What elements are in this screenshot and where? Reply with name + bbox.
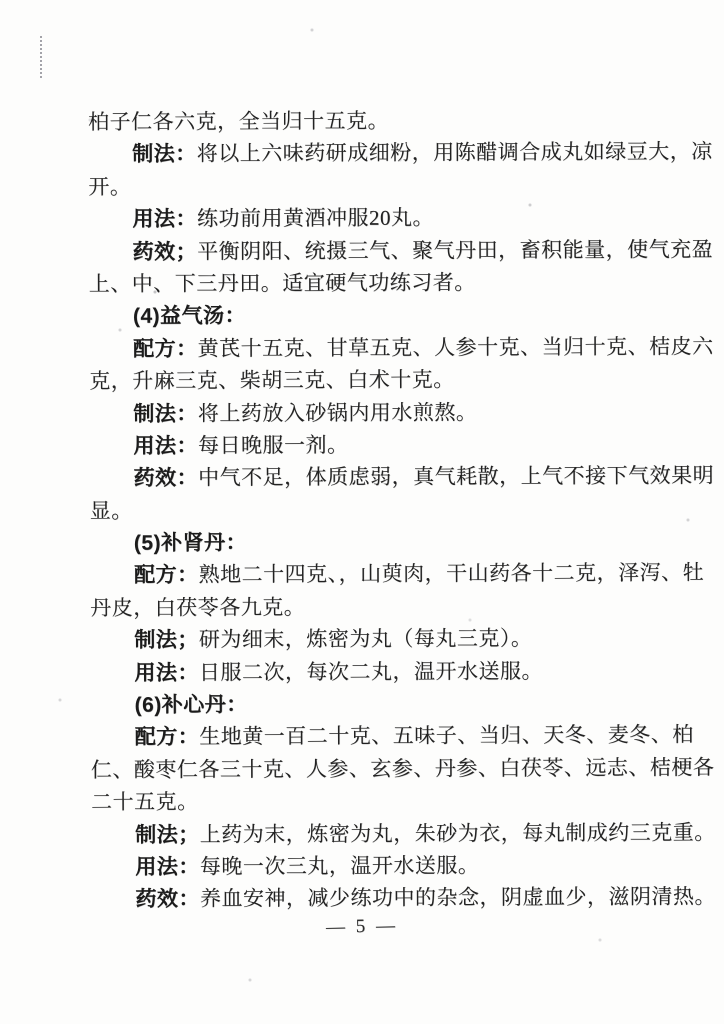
line-text: 研为细末，炼密为丸（每丸三克）。 [199, 626, 533, 651]
line-text: 生地黄一百二十克、五味子、当归、天冬、麦冬、柏 [199, 723, 694, 749]
line-text: 每晚一次三丸，温开水送服。 [200, 853, 480, 878]
text-line: 制法；上药为末，炼密为丸，朱砂为衣，每丸制成约三克重。 [91, 816, 659, 851]
field-label: 配方： [135, 726, 200, 749]
text-line: 柏子仁各六克，全当归十五克。 [88, 104, 656, 139]
text-line: 仁、酸枣仁各三十克、人参、玄参、丹参、白茯苓、远志、桔梗各 [91, 751, 659, 786]
field-label: 配方： [133, 337, 198, 360]
text-line: 配方：黄芪十五克、甘草五克、人参十克、当归十克、桔皮六 [89, 330, 657, 365]
scan-artifact-mark [40, 36, 42, 78]
line-text: (5)补肾丹： [134, 531, 247, 554]
line-text: 日服二次，每次二丸，温开水送服。 [199, 659, 543, 685]
line-text: 二十五克。 [91, 790, 199, 814]
field-label: 药效： [135, 888, 200, 911]
field-label: 制法： [132, 143, 197, 166]
field-label: 药效： [134, 467, 199, 490]
line-text: (4)益气汤： [133, 305, 246, 328]
line-text: 开。 [88, 175, 131, 199]
text-line: 用法：每晚一次三丸，温开水送服。 [91, 848, 659, 883]
field-label: 配方： [134, 564, 199, 587]
field-label: 用法： [135, 856, 200, 879]
text-line: 开。 [88, 168, 656, 203]
text-line: 二十五克。 [91, 784, 659, 819]
line-text: 上药为末，炼密为丸，朱砂为衣，每丸制成约三克重。 [200, 820, 716, 846]
page-text-block: 柏子仁各六克，全当归十五克。制法：将以上六味药研成细粉，用陈醋调合成丸如绿豆大，… [88, 104, 660, 916]
field-label: 用法： [134, 661, 199, 684]
field-label: 制法； [134, 629, 199, 652]
line-text: 熟地二十四克、，山萸肉，干山药各十二克，泽泻、牡 [198, 561, 704, 587]
line-text: 每日晚服一剂。 [198, 433, 349, 458]
line-text: 中气不足，体质虑弱，真气耗散，上气不接下气效果明 [198, 464, 714, 490]
field-label: 用法： [132, 208, 197, 231]
line-text: 练功前用黄酒冲服20丸。 [197, 206, 434, 231]
field-label: 制法： [133, 402, 198, 425]
recipe-heading-line: (4)益气汤： [89, 298, 657, 333]
text-line: 用法：每日晚服一剂。 [89, 427, 657, 462]
text-line: 药效：中气不足，体质虑弱，真气耗散，上气不接下气效果明 [90, 460, 658, 495]
text-line: 克，升麻三克、柴胡三克、白术十克。 [89, 363, 657, 398]
field-label: 用法： [133, 434, 198, 457]
scanned-page: 柏子仁各六克，全当归十五克。制法：将以上六味药研成细粉，用陈醋调合成丸如绿豆大，… [0, 0, 724, 1024]
recipe-heading-line: (6)补心丹： [91, 687, 659, 722]
line-text: 柏子仁各六克，全当归十五克。 [88, 109, 389, 134]
field-label: 制法； [135, 823, 200, 846]
text-line: 显。 [90, 492, 658, 527]
text-line: 配方：生地黄一百二十克、五味子、当归、天冬、麦冬、柏 [91, 719, 659, 754]
line-text: 仁、酸枣仁各三十克、人参、玄参、丹参、白茯苓、远志、桔梗各 [91, 755, 715, 782]
text-line: 用法：日服二次，每次二丸，温开水送服。 [90, 654, 658, 689]
recipe-heading-line: (5)补肾丹： [90, 525, 658, 560]
line-text: 显。 [90, 498, 133, 522]
text-line: 药效；平衡阴阳、统摄三气、聚气丹田，畜积能量，使气充盈 [89, 233, 657, 268]
line-text: 上、中、下三丹田。适宜硬气功练习者。 [89, 270, 476, 296]
line-text: 平衡阴阳、统摄三气、聚气丹田，畜积能量，使气充盈 [197, 237, 713, 263]
text-line: 用法：练功前用黄酒冲服20丸。 [88, 201, 656, 236]
text-line: 配方：熟地二十四克、，山萸肉，干山药各十二克，泽泻、牡 [90, 557, 658, 592]
line-text: 黄芪十五克、甘草五克、人参十克、当归十克、桔皮六 [198, 334, 714, 360]
text-line: 上、中、下三丹田。适宜硬气功练习者。 [89, 265, 657, 300]
text-line: 制法；研为细末，炼密为丸（每丸三克）。 [90, 622, 658, 657]
text-line: 丹皮，白茯苓各九克。 [90, 589, 658, 624]
text-line: 制法：将上药放入砂锅内用水煎熬。 [89, 395, 657, 430]
line-text: 将上药放入砂锅内用水煎熬。 [198, 400, 478, 425]
text-line: 制法：将以上六味药研成细粉，用陈醋调合成丸如绿豆大，凉 [88, 136, 656, 171]
line-text: 克，升麻三克、柴胡三克、白术十克。 [89, 368, 455, 394]
field-label: 药效； [133, 240, 198, 263]
line-text: 将以上六味药研成细粉，用陈醋调合成丸如绿豆大，凉 [197, 140, 713, 166]
line-text: 丹皮，白茯苓各九克。 [90, 595, 305, 620]
line-text: 养血安神，减少练功中的杂念，阴虚血少，滋阴清热。 [200, 885, 716, 911]
line-text: (6)补心丹： [135, 693, 248, 716]
